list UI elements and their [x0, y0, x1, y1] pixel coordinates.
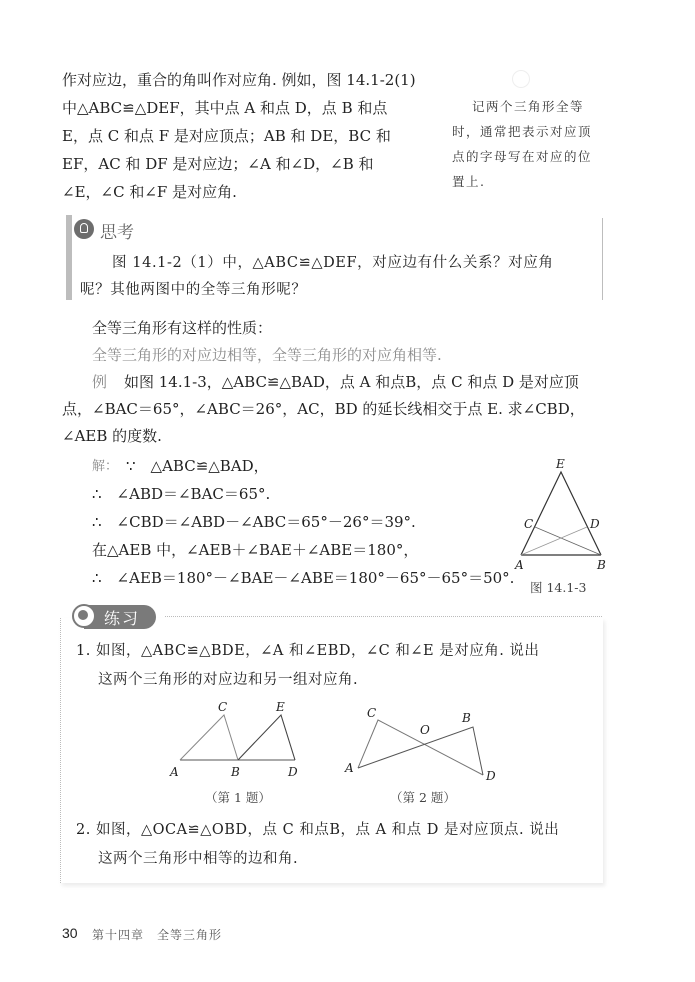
- intro-line-4: EF，AC 和 DF 是对应边；∠A 和∠D，∠B 和: [62, 154, 374, 174]
- practice-q2-line-1: 2. 如图，△OCA≌△OBD，点 C 和点B，点 A 和点 D 是对应顶点. …: [76, 820, 559, 840]
- property-intro: 全等三角形有这样的性质：: [92, 318, 272, 338]
- figure-question-1-caption: （第 1 题）: [205, 788, 271, 806]
- fig3-label-d: D: [589, 517, 600, 531]
- intro-line-5: ∠E，∠C 和∠F 是对应角.: [62, 182, 237, 202]
- side-note-line-3: 点的字母写在对应的位: [452, 148, 592, 166]
- practice-header-dotted-line: [165, 616, 602, 617]
- practice-title: 练习: [104, 606, 140, 629]
- practice-pencil-icon: [72, 604, 96, 628]
- fig1-label-b: B: [230, 765, 240, 779]
- fig3-label-b: B: [596, 558, 606, 572]
- think-title: 思考: [100, 218, 134, 243]
- page-number: 30: [62, 925, 78, 941]
- solution-line-1: ∵ △ABC≌△BAD，: [126, 456, 269, 476]
- figure-question-1: C E A B D: [165, 698, 315, 780]
- figure-14-1-3-caption: 图 14.1-3: [530, 578, 586, 596]
- example-label: 例: [92, 372, 107, 392]
- fig2-label-d: D: [485, 769, 496, 783]
- practice-q2-line-2: 这两个三角形中相等的边和角.: [98, 849, 298, 869]
- practice-q1-line-2: 这两个三角形的对应边和另一组对应角.: [98, 670, 358, 690]
- figure-14-1-3: E C D A B: [505, 452, 620, 572]
- intro-line-1: 作对应边，重合的角叫作对应角. 例如，图 14.1-2(1): [62, 70, 416, 90]
- think-line-2: 呢？其他两图中的全等三角形呢？: [80, 280, 307, 300]
- fig2-label-c: C: [367, 706, 376, 720]
- figure-question-2-caption: （第 2 题）: [390, 788, 456, 806]
- side-note-line-2: 时，通常把表示对应顶: [452, 123, 592, 141]
- fig2-label-b: B: [461, 711, 471, 725]
- chapter-title: 第十四章 全等三角形: [92, 926, 222, 943]
- lightbulb-head-icon: [74, 219, 94, 239]
- figure-question-2: C B O A D: [340, 700, 505, 785]
- example-line-3: ∠AEB 的度数.: [62, 426, 162, 446]
- solution-line-5: ∴ ∠AEB＝180°－∠BAE－∠ABE＝180°－65°－65°＝50°.: [92, 568, 514, 588]
- fig2-label-o: O: [420, 723, 430, 737]
- example-line-1: 如图 14.1-3，△ABC≌△BAD，点 A 和点B，点 C 和点 D 是对应…: [124, 372, 579, 392]
- fig2-label-a: A: [344, 761, 354, 775]
- intro-line-2: 中△ABC≌△DEF，其中点 A 和点 D，点 B 和点: [62, 98, 387, 118]
- think-line-1: 图 14.1-2（1）中，△ABC≌△DEF，对应边有什么关系？对应角: [112, 253, 553, 273]
- fig1-label-e: E: [275, 700, 285, 714]
- example-line-2: 点，∠BAC＝65°，∠ABC＝26°，AC，BD 的延长线相交于点 E. 求∠…: [62, 399, 585, 419]
- fig3-label-c: C: [524, 517, 533, 531]
- property-statement: 全等三角形的对应边相等，全等三角形的对应角相等.: [92, 345, 442, 365]
- think-box-right-border: [602, 218, 603, 300]
- fig1-label-c: C: [218, 700, 227, 714]
- solution-line-3: ∴ ∠CBD＝∠ABD－∠ABC＝65°－26°＝39°.: [92, 512, 416, 532]
- solution-label: 解：: [92, 457, 118, 477]
- fig1-label-d: D: [287, 765, 298, 779]
- practice-q1-line-1: 1. 如图，△ABC≌△BDE，∠A 和∠EBD，∠C 和∠E 是对应角. 说出: [76, 641, 539, 661]
- solution-line-4: 在△AEB 中，∠AEB＋∠BAE＋∠ABE＝180°，: [92, 540, 418, 560]
- fig1-label-a: A: [169, 765, 179, 779]
- fig3-label-e: E: [555, 457, 565, 471]
- side-note-marker-icon: [512, 70, 530, 88]
- side-note-line-4: 置上.: [452, 173, 485, 191]
- fig3-label-a: A: [514, 558, 524, 572]
- solution-line-2: ∴ ∠ABD＝∠BAC＝65°.: [92, 484, 270, 504]
- side-note-line-1: 记两个三角形全等: [458, 98, 584, 116]
- intro-line-3: E，点 C 和点 F 是对应顶点；AB 和 DE，BC 和: [62, 126, 391, 146]
